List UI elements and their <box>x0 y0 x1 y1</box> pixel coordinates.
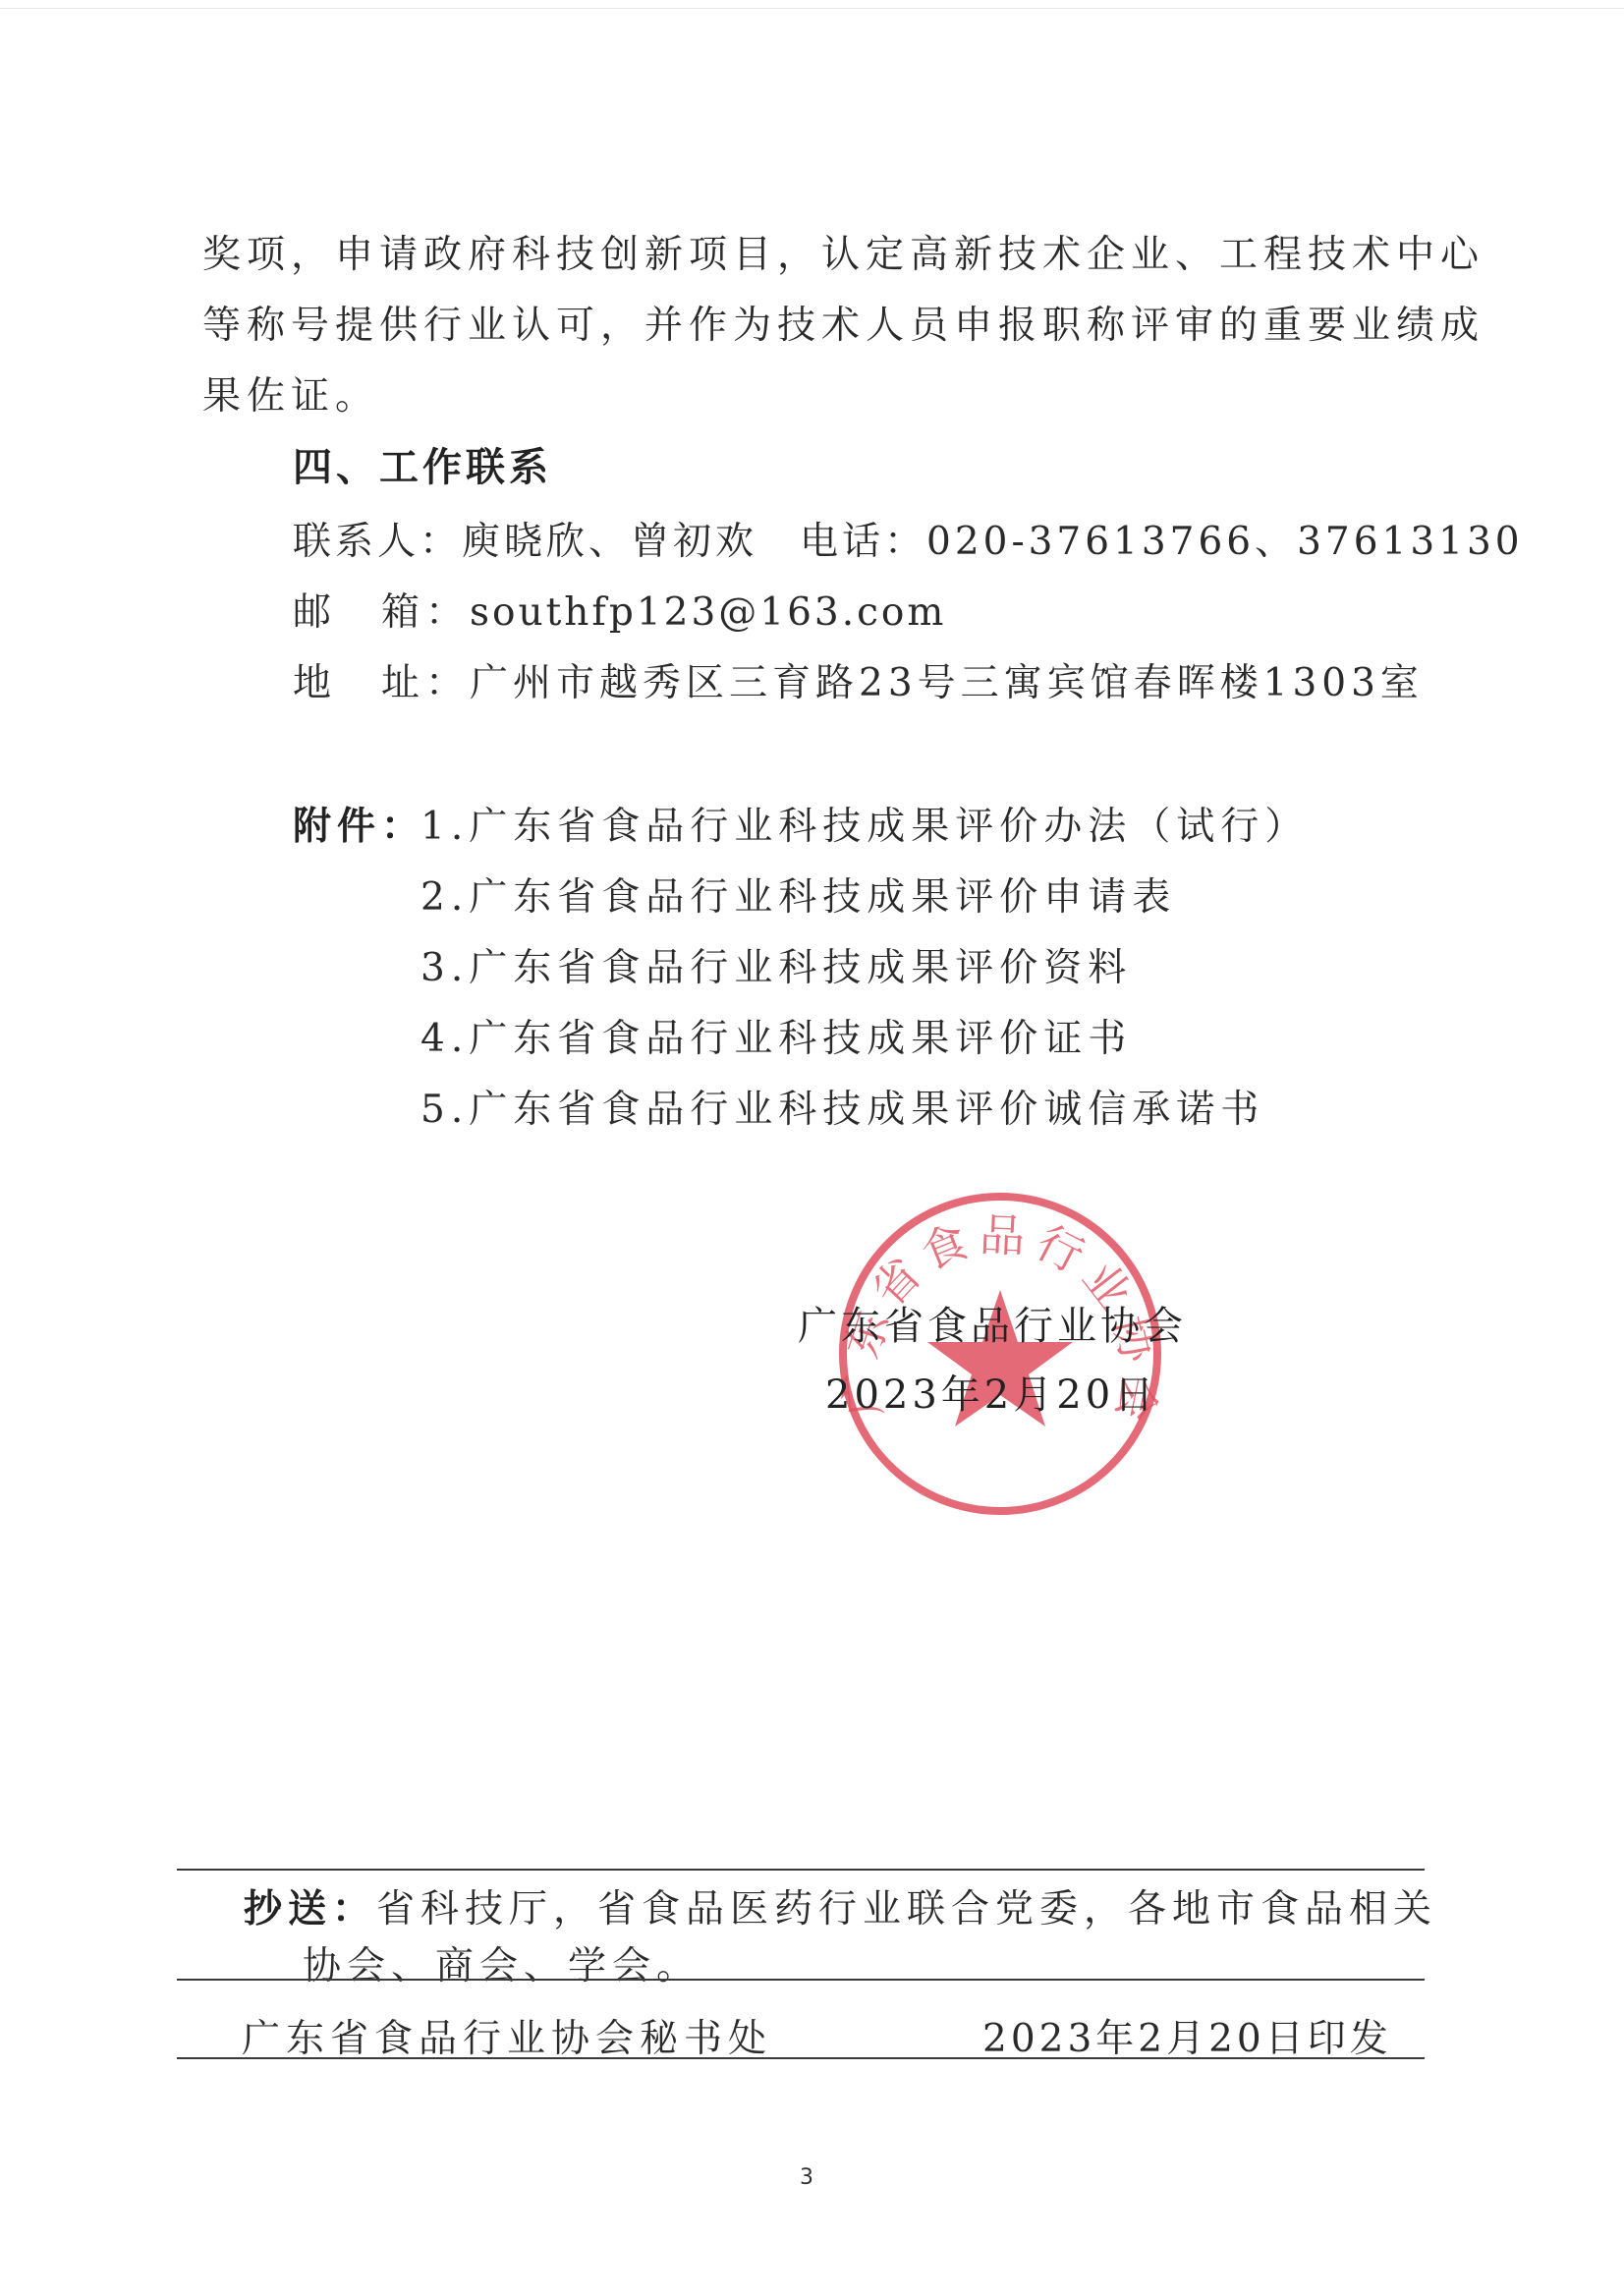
footer-rule-bottom <box>177 2057 1425 2059</box>
attachment-item-1: 1.广东省食品行业科技成果评价办法（试行） <box>420 808 1309 846</box>
email-row: 邮 箱：southfp123@163.com <box>293 593 946 632</box>
attachment-item-4: 4.广东省食品行业科技成果评价证书 <box>420 1020 1132 1058</box>
paragraph-line-1: 奖项，申请政府科技创新项目，认定高新技术企业、工程技术中心 <box>202 236 1484 274</box>
paragraph-line-2: 等称号提供行业认可，并作为技术人员申报职称评审的重要业绩成 <box>202 307 1484 345</box>
footer-rule-middle <box>177 1979 1425 1981</box>
cc-recipients: 省科技厅，省食品医药行业联合党委，各地市食品相关 <box>376 1887 1437 1931</box>
signature-date: 2023年2月20日 <box>825 1375 1157 1415</box>
paragraph-line-3: 果佐证。 <box>202 377 379 416</box>
address-label: 地 址： <box>293 661 470 705</box>
signature-organization: 广东省食品行业协会 <box>798 1307 1187 1346</box>
attachment-item-2: 2.广东省食品行业科技成果评价申请表 <box>420 878 1176 917</box>
email-label: 邮 箱： <box>293 590 470 635</box>
footer-rule-top <box>177 1869 1425 1871</box>
cc-line-1: 抄送：省科技厅，省食品医药行业联合党委，各地市食品相关 <box>244 1890 1437 1929</box>
attachment-item-5: 5.广东省食品行业科技成果评价诚信承诺书 <box>420 1091 1264 1129</box>
cc-label: 抄送： <box>244 1887 376 1931</box>
section-heading-contact: 四、工作联系 <box>293 448 552 487</box>
address-row: 地 址：广州市越秀区三育路23号三寓宾馆春晖楼1303室 <box>293 664 1424 702</box>
page-number: 3 <box>800 2165 813 2190</box>
email-address: southfp123@163.com <box>470 590 946 635</box>
contact-persons-phone: 联系人：庾晓欣、曾初欢 电话：020-37613766、37613130 <box>293 523 1524 561</box>
issue-date: 2023年2月20日印发 <box>982 2020 1392 2058</box>
attachments-label: 附件： <box>293 808 425 846</box>
attachment-item-3: 3.广东省食品行业科技成果评价资料 <box>420 949 1132 987</box>
official-seal-stamp: 广东省食品行业协会 <box>833 1187 1167 1521</box>
issuer: 广东省食品行业协会秘书处 <box>242 2020 772 2058</box>
address-value: 广州市越秀区三育路23号三寓宾馆春晖楼1303室 <box>470 661 1424 705</box>
page-top-edge <box>0 8 1624 9</box>
